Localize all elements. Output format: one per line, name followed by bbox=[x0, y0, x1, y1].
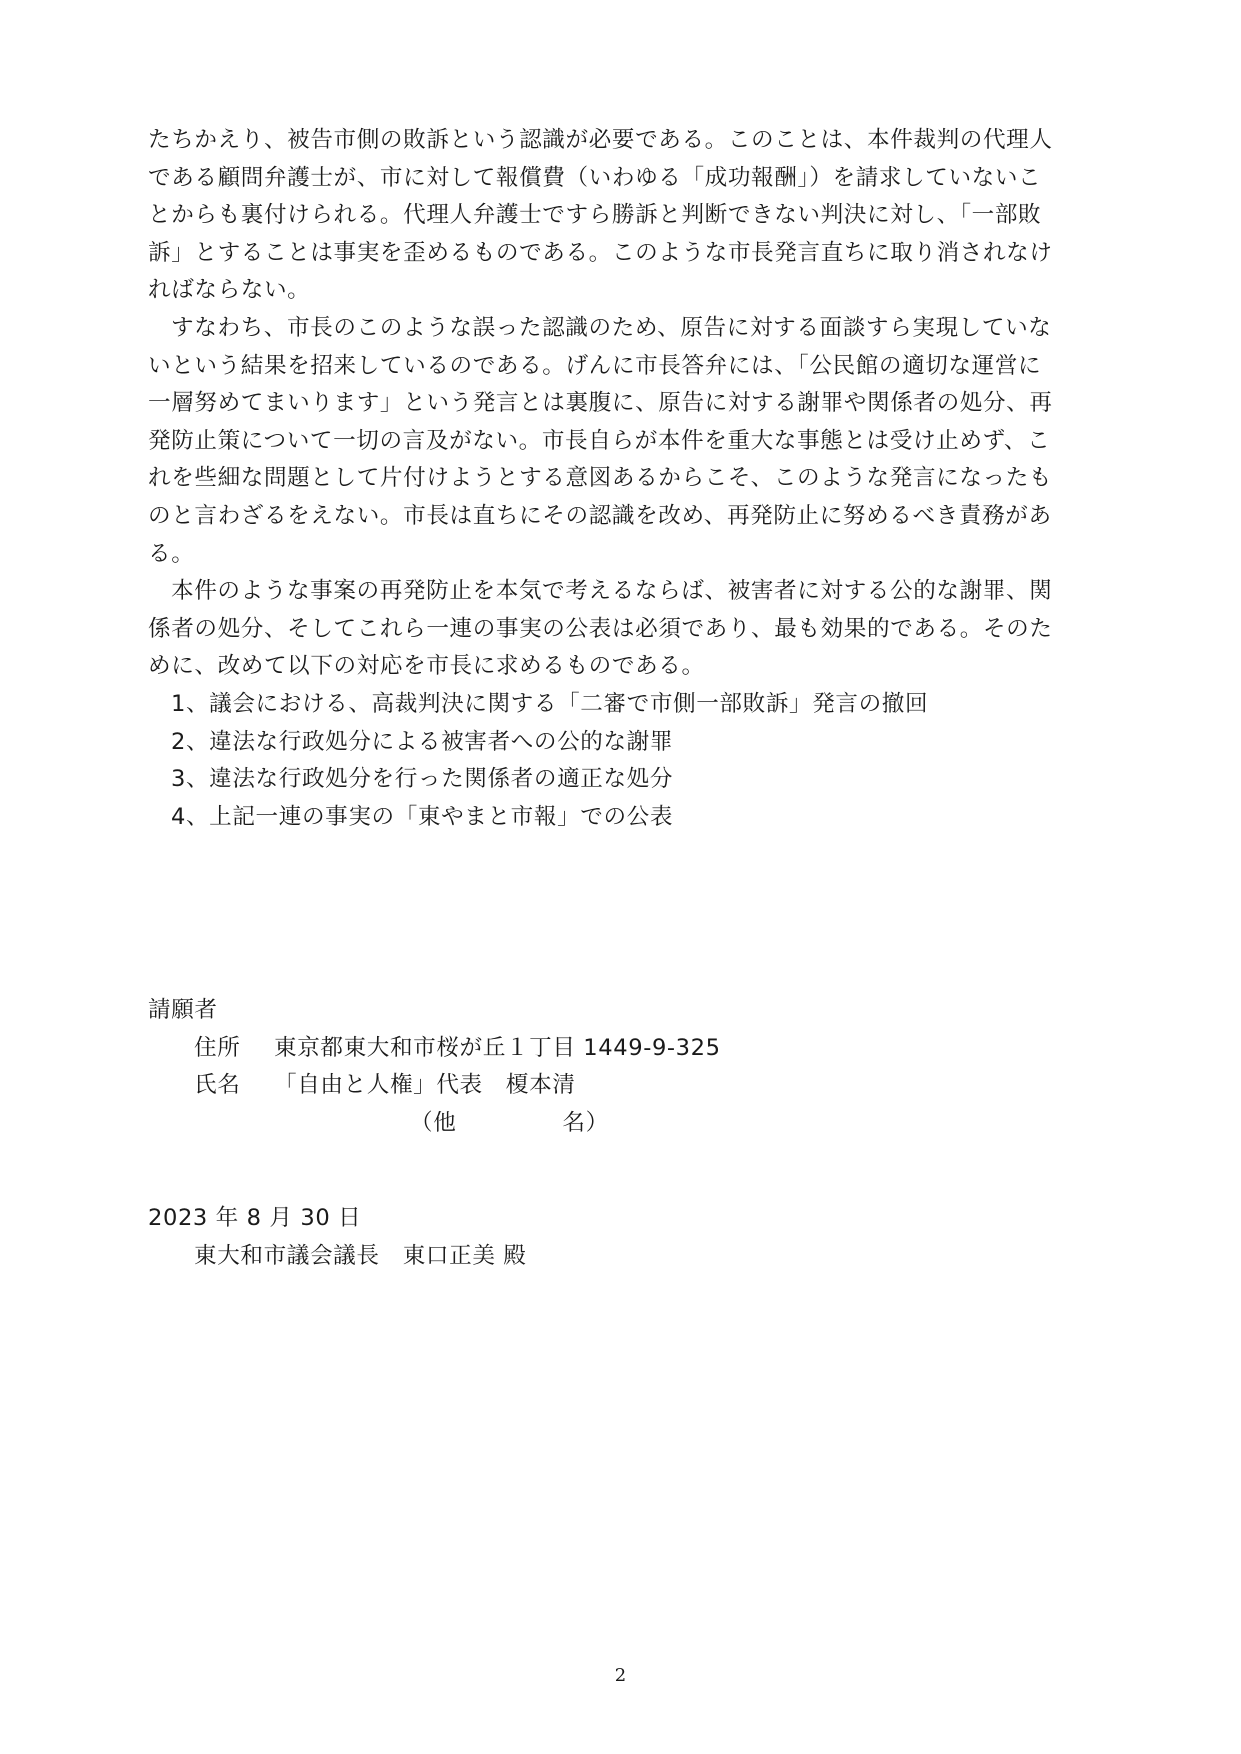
text-line: 係者の処分、そしてこれら一連の事実の公表は必須であり、最も効果的である。そのた bbox=[148, 611, 1113, 649]
paragraph: すなわち、市長のこのような誤った認識のため、原告に対する面談すら実現していな い… bbox=[148, 310, 1113, 573]
others-prefix: （他 bbox=[410, 1110, 456, 1136]
name-row: 氏名「自由と人権」代表 榎本清 bbox=[148, 1067, 721, 1105]
name-label: 氏名 bbox=[194, 1067, 274, 1105]
petitioner-block: 請願者 住所東京都東大和市桜が丘１丁目 1449-9-325 氏名「自由と人権」… bbox=[148, 992, 721, 1142]
paragraph: 本件のような事案の再発防止を本気で考えるならば、被害者に対する公的な謝罪、関 係… bbox=[148, 573, 1113, 686]
text-line: れを些細な問題として片付けようとする意図あるからこそ、このような発言になったも bbox=[148, 460, 1113, 498]
text-line: ればならない。 bbox=[148, 272, 1113, 310]
demand-item: 1、議会における、高裁判決に関する「二審で市側一部敗訴」発言の撤回 bbox=[148, 686, 1113, 724]
demands-list: 1、議会における、高裁判決に関する「二審で市側一部敗訴」発言の撤回 2、違法な行… bbox=[148, 686, 1113, 836]
address-label: 住所 bbox=[194, 1030, 274, 1068]
paragraph: たちかえり、被告市側の敗訴という認識が必要である。このことは、本件裁判の代理人 … bbox=[148, 122, 1113, 310]
text-line: いという結果を招来しているのである。げんに市長答弁には、「公民館の適切な運営に bbox=[148, 348, 1113, 386]
date-block: 2023 年 8 月 30 日 東大和市議会議長 東口正美 殿 bbox=[148, 1200, 527, 1275]
others-suffix: 名） bbox=[562, 1110, 608, 1136]
petitioner-heading: 請願者 bbox=[148, 992, 721, 1030]
text-line: たちかえり、被告市側の敗訴という認識が必要である。このことは、本件裁判の代理人 bbox=[148, 122, 1113, 160]
body-text: たちかえり、被告市側の敗訴という認識が必要である。このことは、本件裁判の代理人 … bbox=[148, 122, 1113, 836]
date: 2023 年 8 月 30 日 bbox=[148, 1200, 527, 1238]
address-value: 東京都東大和市桜が丘１丁目 1449-9-325 bbox=[274, 1035, 721, 1061]
text-line: 本件のような事案の再発防止を本気で考えるならば、被害者に対する公的な謝罪、関 bbox=[148, 573, 1113, 611]
text-line: のと言わざるをえない。市長は直ちにその認識を改め、再発防止に努めるべき責務があ bbox=[148, 498, 1113, 536]
text-line: 訴」とすることは事実を歪めるものである。このような市長発言直ちに取り消されなけ bbox=[148, 235, 1113, 273]
address-row: 住所東京都東大和市桜が丘１丁目 1449-9-325 bbox=[148, 1030, 721, 1068]
demand-item: 3、違法な行政処分を行った関係者の適正な処分 bbox=[148, 761, 1113, 799]
text-line: 一層努めてまいります」という発言とは裏腹に、原告に対する謝罪や関係者の処分、再 bbox=[148, 385, 1113, 423]
name-value: 「自由と人権」代表 榎本清 bbox=[274, 1072, 576, 1098]
text-line: である顧問弁護士が、市に対して報償費（いわゆる「成功報酬」）を請求していないこ bbox=[148, 160, 1113, 198]
text-line: めに、改めて以下の対応を市長に求めるものである。 bbox=[148, 648, 1113, 686]
text-line: 発防止策について一切の言及がない。市長自らが本件を重大な事態とは受け止めず、こ bbox=[148, 423, 1113, 461]
demand-item: 4、上記一連の事実の「東やまと市報」での公表 bbox=[148, 799, 1113, 837]
text-line: とからも裏付けられる。代理人弁護士ですら勝訴と判断できない判決に対し、「一部敗 bbox=[148, 197, 1113, 235]
others-count-row: （他名） bbox=[148, 1105, 721, 1143]
demand-item: 2、違法な行政処分による被害者への公的な謝罪 bbox=[148, 724, 1113, 762]
text-line: すなわち、市長のこのような誤った認識のため、原告に対する面談すら実現していな bbox=[148, 310, 1113, 348]
text-line: る。 bbox=[148, 536, 1113, 574]
page-number: 2 bbox=[0, 1665, 1241, 1686]
addressee: 東大和市議会議長 東口正美 殿 bbox=[148, 1238, 527, 1276]
document-page: たちかえり、被告市側の敗訴という認識が必要である。このことは、本件裁判の代理人 … bbox=[0, 0, 1241, 1754]
